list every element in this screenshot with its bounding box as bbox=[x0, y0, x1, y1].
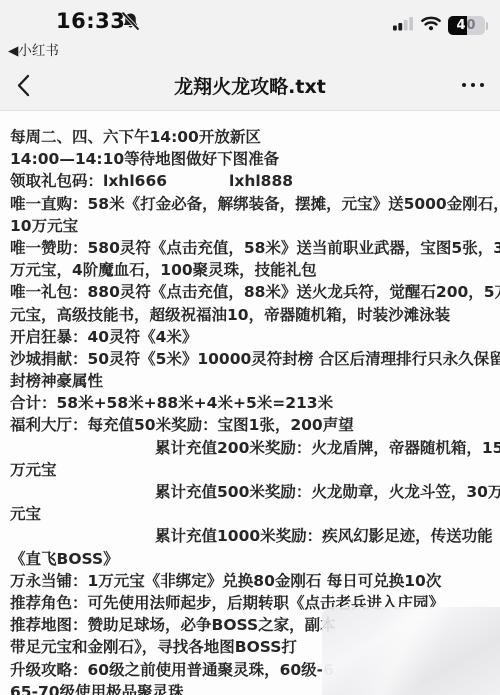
text-line: 万元宝，4阶魔血石，100聚灵珠，技能礼包 bbox=[10, 259, 490, 281]
phone-screen: 16:33 ◀小红书 bbox=[0, 0, 500, 695]
overlay-panel bbox=[322, 607, 500, 695]
text-line: 10万元宝 bbox=[10, 215, 490, 237]
battery-indicator: 4 0 bbox=[448, 16, 489, 35]
top-chrome: 16:33 ◀小红书 bbox=[0, 0, 500, 111]
text-line: 唯一赞助：580灵符《点击充值，58米》送当前职业武器，宝图5张，3 bbox=[10, 237, 490, 259]
text-line: 累计充值1000米奖励：疾风幻影足迹，传送功能 bbox=[10, 525, 490, 547]
text-line: 元宝，高级技能书，超级祝福油10，帝器随机箱，时装沙滩泳装 bbox=[10, 304, 490, 326]
text-line: 封榜神豪属性 bbox=[10, 370, 490, 392]
text-line: 万元宝 bbox=[10, 459, 490, 481]
text-line: 福利大厅：每充值50米奖励：宝图1张，200声望 bbox=[10, 414, 490, 436]
bell-slash-icon bbox=[120, 11, 141, 36]
battery-nub bbox=[486, 22, 489, 30]
text-line: 沙城捐献：50灵符《5米》10000灵符封榜 合区后清理排行只永久保留 bbox=[10, 348, 490, 370]
text-line: 唯一直购：58米《打金必备，解绑装备，摆摊，元宝》送5000金刚石， bbox=[10, 193, 490, 215]
text-line: 领取礼包码：lxhl666 lxhl888 bbox=[10, 170, 490, 192]
text-line: 累计充值500米奖励：火龙勋章，火龙斗笠，30万 bbox=[10, 481, 490, 503]
back-button[interactable] bbox=[17, 74, 30, 101]
wifi-icon bbox=[421, 16, 441, 35]
text-line: 唯一礼包：880灵符《点击充值，88米》送火龙兵符，觉醒石200，5万 bbox=[10, 281, 490, 303]
text-line: 14:00—14:10等待地图做好下图准备 bbox=[10, 148, 490, 170]
text-line: 元宝 bbox=[10, 503, 490, 525]
battery-body: 4 0 bbox=[448, 16, 485, 35]
text-line: 每周二、四、六下午14:00开放新区 bbox=[10, 126, 490, 148]
cellular-signal-icon bbox=[393, 16, 414, 35]
battery-fill: 4 bbox=[448, 16, 467, 35]
text-line: 累计充值200米奖励：火龙盾牌，帝器随机箱，15 bbox=[10, 437, 490, 459]
battery-percent-text: 0 bbox=[467, 16, 485, 35]
status-time: 16:33 bbox=[56, 9, 125, 33]
text-line: 万永当铺：1万元宝《非绑定》兑换80金刚石 每日可兑换10次 bbox=[10, 570, 490, 592]
back-to-app-label[interactable]: ◀小红书 bbox=[8, 39, 59, 59]
text-line: 《直飞BOSS》 bbox=[10, 548, 490, 570]
text-line: 开启狂暴：40灵符《4米》 bbox=[10, 326, 490, 348]
nav-bar: 龙翔火龙攻略.txt bbox=[0, 62, 500, 109]
page-title: 龙翔火龙攻略.txt bbox=[174, 72, 326, 99]
text-line: 合计：58米+58米+88米+4米+5米=213米 bbox=[10, 392, 490, 414]
status-icons: 4 0 bbox=[393, 16, 489, 35]
more-button[interactable] bbox=[462, 83, 485, 88]
